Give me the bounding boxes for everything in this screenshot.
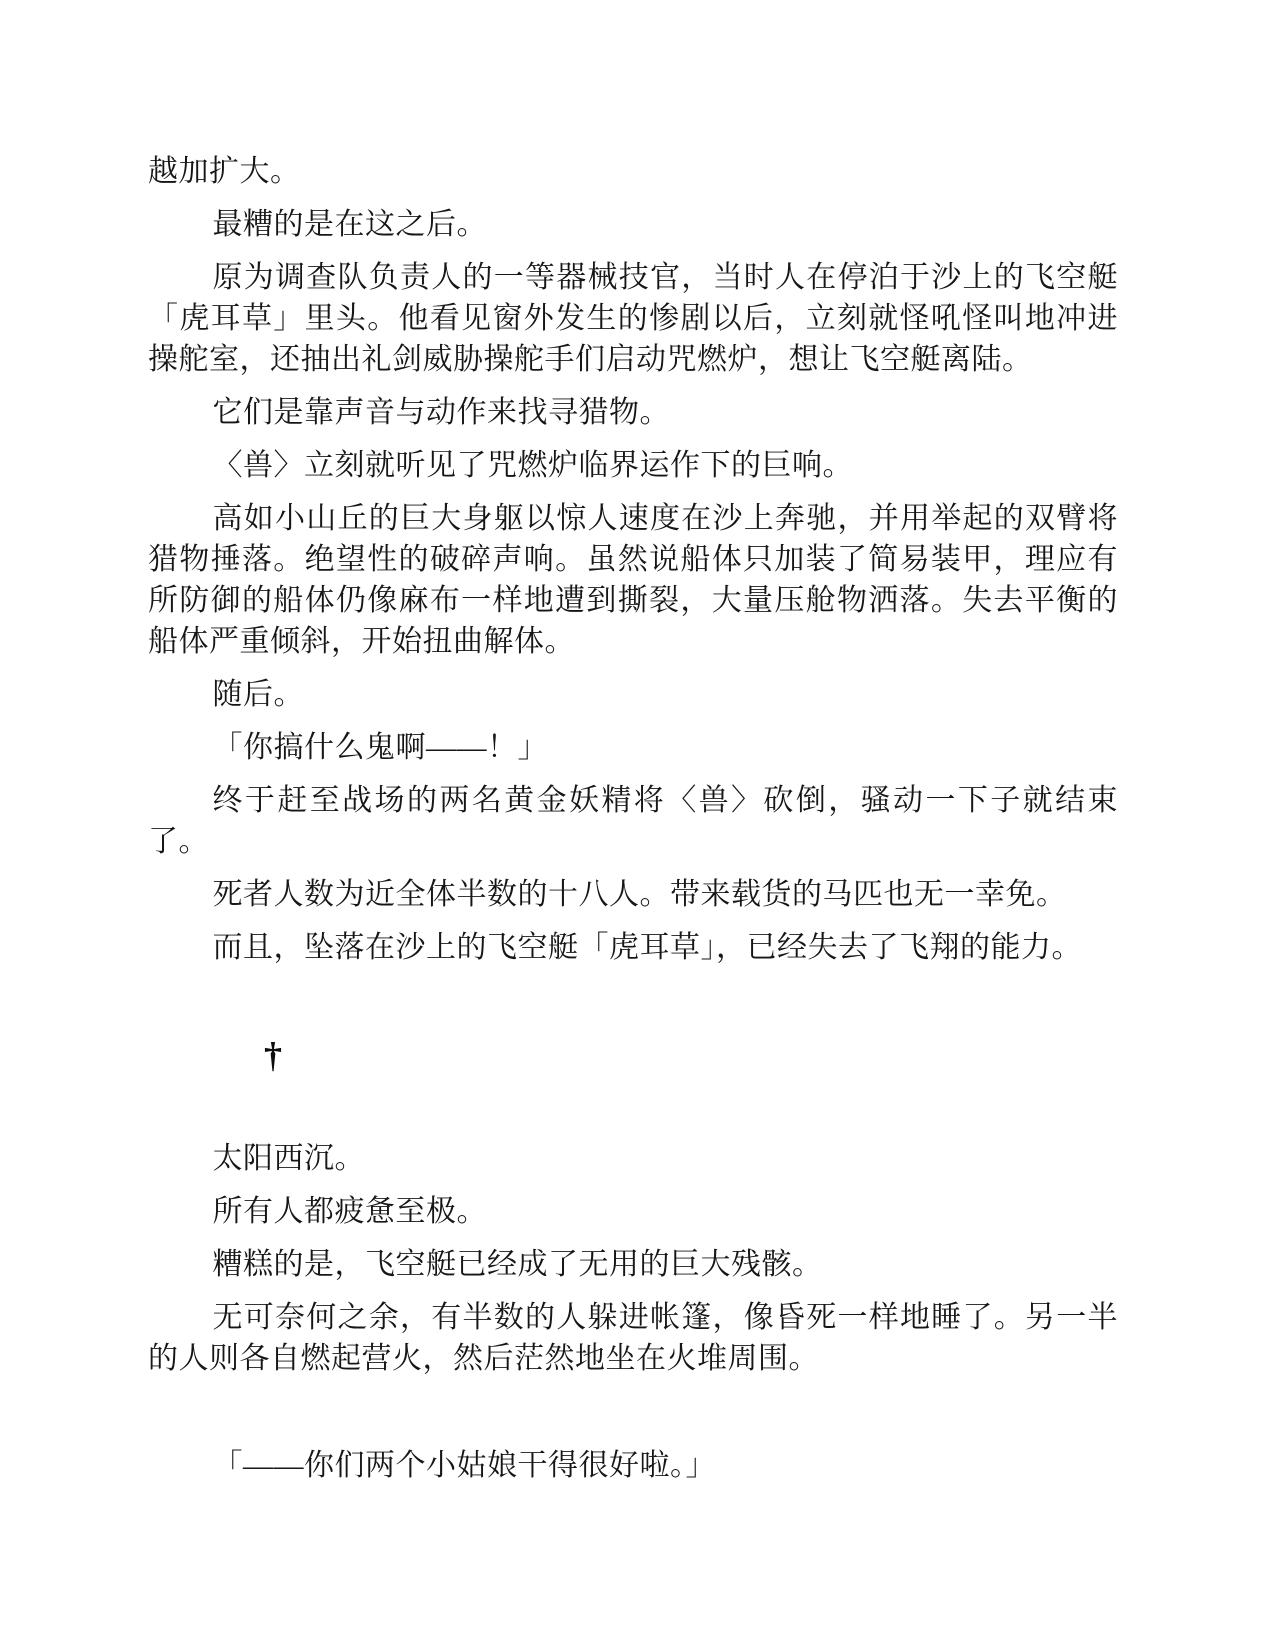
document-page: 越加扩大。 最糟的是在这之后。 原为调查队负责人的一等器械技官，当时人在停泊于沙… xyxy=(0,0,1275,1650)
paragraph: 原为调查队负责人的一等器械技官，当时人在停泊于沙上的飞空艇 「虎耳草」里头。他看… xyxy=(148,257,1118,380)
text-line: 而且，坠落在沙上的飞空艇「虎耳草」，已经失去了飞翔的能力。 xyxy=(148,927,1118,968)
paragraph: 随后。 xyxy=(148,674,1118,715)
text-line: 操舵室，还抽出礼剑威胁操舵手们启动咒燃炉，想让飞空艇离陆。 xyxy=(148,339,1118,380)
paragraph: 最糟的是在这之后。 xyxy=(148,204,1118,245)
text-line: 它们是靠声音与动作来找寻猎物。 xyxy=(148,392,1118,433)
text-line: 船体严重倾斜，开始扭曲解体。 xyxy=(148,621,1118,662)
paragraph: 越加扩大。 xyxy=(148,151,1118,192)
text-line: 无可奈何之余，有半数的人躲进帐篷，像昏死一样地睡了。另一半 xyxy=(148,1297,1118,1338)
paragraph: 高如小山丘的巨大身躯以惊人速度在沙上奔驰，并用举起的双臂将 猎物捶落。绝望性的破… xyxy=(148,498,1118,662)
paragraph-dialogue: 「你搞什么鬼啊——！」 xyxy=(148,727,1118,768)
text-line: 随后。 xyxy=(148,674,1118,715)
body-text-column: 越加扩大。 最糟的是在这之后。 原为调查队负责人的一等器械技官，当时人在停泊于沙… xyxy=(148,151,1118,1486)
text-line: 死者人数为近全体半数的十八人。带来载货的马匹也无一幸免。 xyxy=(148,874,1118,915)
text-line: 越加扩大。 xyxy=(148,151,1118,192)
paragraph: 〈兽〉立刻就听见了咒燃炉临界运作下的巨响。 xyxy=(148,445,1118,486)
text-line: 所防御的船体仍像麻布一样地遭到撕裂，大量压舱物洒落。失去平衡的 xyxy=(148,580,1118,621)
text-line: 糟糕的是，飞空艇已经成了无用的巨大残骸。 xyxy=(148,1244,1118,1285)
paragraph: 而且，坠落在沙上的飞空艇「虎耳草」，已经失去了飞翔的能力。 xyxy=(148,927,1118,968)
paragraph: 无可奈何之余，有半数的人躲进帐篷，像昏死一样地睡了。另一半 的人则各自燃起营火，… xyxy=(148,1297,1118,1379)
paragraph-dialogue: 「——你们两个小姑娘干得很好啦。」 xyxy=(148,1445,1118,1486)
paragraph: 所有人都疲惫至极。 xyxy=(148,1191,1118,1232)
text-line: 高如小山丘的巨大身躯以惊人速度在沙上奔驰，并用举起的双臂将 xyxy=(148,498,1118,539)
section-divider-dagger-icon: † xyxy=(148,1035,1118,1076)
paragraph: 死者人数为近全体半数的十八人。带来载货的马匹也无一幸免。 xyxy=(148,874,1118,915)
text-line: 〈兽〉立刻就听见了咒燃炉临界运作下的巨响。 xyxy=(148,445,1118,486)
paragraph: 糟糕的是，飞空艇已经成了无用的巨大残骸。 xyxy=(148,1244,1118,1285)
text-line: 终于赶至战场的两名黄金妖精将〈兽〉砍倒，骚动一下子就结束 xyxy=(148,780,1118,821)
paragraph: 终于赶至战场的两名黄金妖精将〈兽〉砍倒，骚动一下子就结束 了。 xyxy=(148,780,1118,862)
text-line: 的人则各自燃起营火，然后茫然地坐在火堆周围。 xyxy=(148,1338,1118,1379)
text-line: 「虎耳草」里头。他看见窗外发生的惨剧以后，立刻就怪吼怪叫地冲进 xyxy=(148,298,1118,339)
text-line: 太阳西沉。 xyxy=(148,1138,1118,1179)
text-line: 猎物捶落。绝望性的破碎声响。虽然说船体只加装了简易装甲，理应有 xyxy=(148,539,1118,580)
text-line: 原为调查队负责人的一等器械技官，当时人在停泊于沙上的飞空艇 xyxy=(148,257,1118,298)
text-line: 「——你们两个小姑娘干得很好啦。」 xyxy=(148,1445,1118,1486)
paragraph: 太阳西沉。 xyxy=(148,1138,1118,1179)
paragraph: 它们是靠声音与动作来找寻猎物。 xyxy=(148,392,1118,433)
text-line: 最糟的是在这之后。 xyxy=(148,204,1118,245)
text-line: 「你搞什么鬼啊——！」 xyxy=(148,727,1118,768)
text-line: 了。 xyxy=(148,821,1118,862)
text-line: 所有人都疲惫至极。 xyxy=(148,1191,1118,1232)
